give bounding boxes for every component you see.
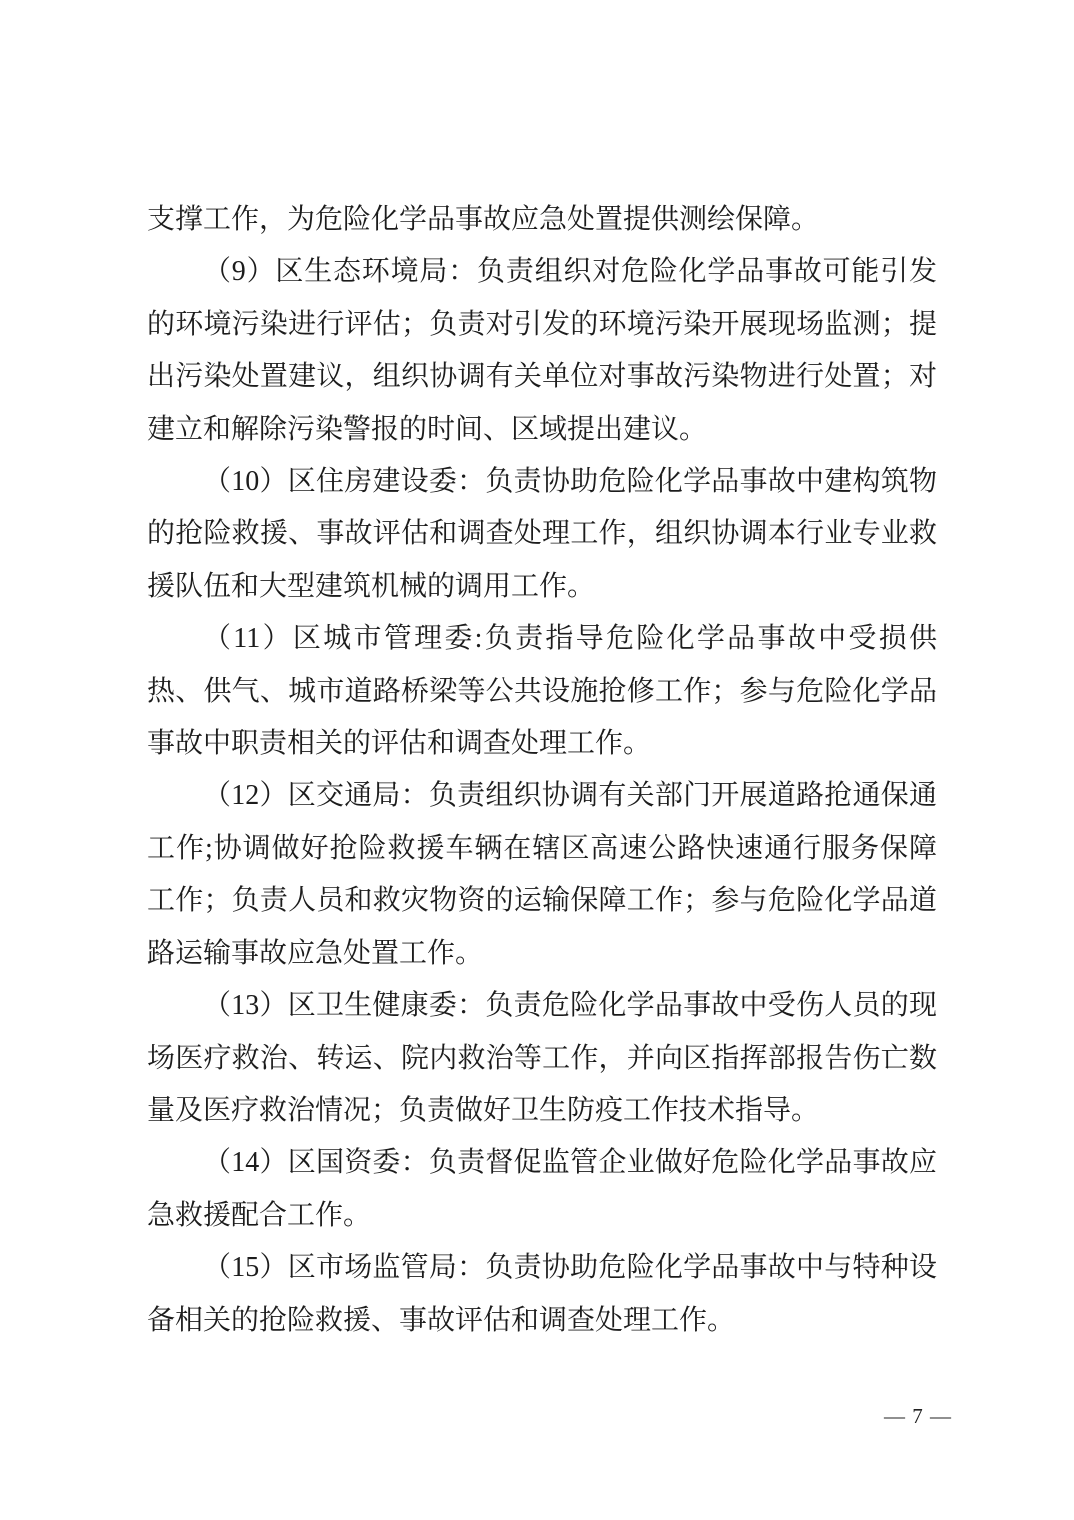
paragraph-item-10: （10）区住房建设委：负责协助危险化学品事故中建构筑物的抢险救援、事故评估和调查… [147, 456, 937, 613]
paragraph-item-11: （11）区城市管理委:负责指导危险化学品事故中受损供热、供气、城市道路桥梁等公共… [147, 613, 937, 770]
document-page: 支撑工作，为危险化学品事故应急处置提供测绘保障。 （9）区生态环境局：负责组织对… [0, 0, 1074, 1520]
page-number: — 7 — [884, 1403, 952, 1429]
paragraph-item-15: （15）区市场监管局：负责协助危险化学品事故中与特种设备相关的抢险救援、事故评估… [147, 1242, 937, 1347]
paragraph-item-12: （12）区交通局：负责组织协调有关部门开展道路抢通保通工作;协调做好抢险救援车辆… [147, 770, 937, 980]
document-body: 支撑工作，为危险化学品事故应急处置提供测绘保障。 （9）区生态环境局：负责组织对… [147, 194, 937, 1347]
paragraph-item-9: （9）区生态环境局：负责组织对危险化学品事故可能引发的环境污染进行评估；负责对引… [147, 246, 937, 456]
paragraph-item-14: （14）区国资委：负责督促监管企业做好危险化学品事故应急救援配合工作。 [147, 1137, 937, 1242]
paragraph-item-13: （13）区卫生健康委：负责危险化学品事故中受伤人员的现场医疗救治、转运、院内救治… [147, 980, 937, 1137]
paragraph-continuation: 支撑工作，为危险化学品事故应急处置提供测绘保障。 [147, 194, 937, 246]
